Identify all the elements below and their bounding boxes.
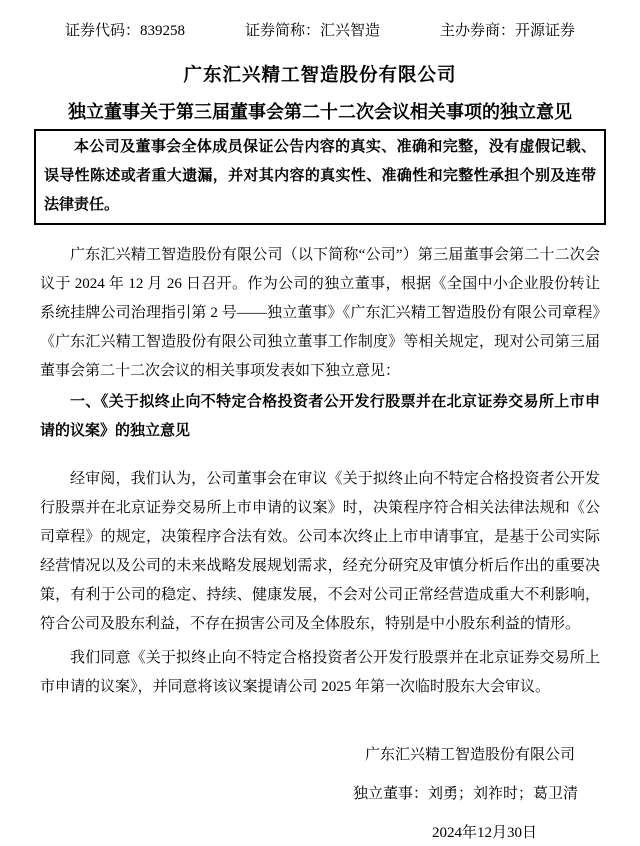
signature-company: 广东汇兴精工智造股份有限公司 [40,736,600,775]
intro-paragraph: 广东汇兴精工智造股份有限公司（以下简称“公司”）第三届董事会第二十二次会议于 2… [40,241,600,386]
stock-code: 证券代码：839258 [65,20,185,42]
stock-shortname-label: 证券简称： [245,23,320,39]
sponsor-broker: 主办券商：开源证券 [440,20,575,42]
stock-shortname: 证券简称：汇兴智造 [245,20,380,42]
stock-shortname-value: 汇兴智造 [320,23,380,39]
section-heading: 一、《关于拟终止向不特定合格投资者公开发行股票并在北京证券交易所上市申请的议案》… [40,388,600,446]
stock-code-label: 证券代码： [65,23,140,39]
securities-info-bar: 证券代码：839258 证券简称：汇兴智造 主办券商：开源证券 [40,20,600,42]
announcement-page: 证券代码：839258 证券简称：汇兴智造 主办券商：开源证券 广东汇兴精工智造… [0,0,640,846]
opinion-paragraph: 经审阅，我们认为，公司董事会在审议《关于拟终止向不特定合格投资者公开发行股票并在… [40,465,600,639]
signature-directors: 独立董事：刘勇；刘祚时；葛卫清 [40,775,600,814]
sponsor-broker-label: 主办券商： [440,23,515,39]
agreement-paragraph: 我们同意《关于拟终止向不特定合格投资者公开发行股票并在北京证券交易所上市申请的议… [40,644,600,702]
signature-date: 2024年12月30日 [40,814,600,846]
stock-code-value: 839258 [140,23,185,39]
sponsor-broker-value: 开源证券 [515,23,575,39]
signature-block: 广东汇兴精工智造股份有限公司 独立董事：刘勇；刘祚时；葛卫清 2024年12月3… [40,736,600,846]
document-title: 独立董事关于第三届董事会第二十二次会议相关事项的独立意见 [40,100,600,125]
disclaimer-text: 本公司及董事会全体成员保证公告内容的真实、准确和完整，没有虚假记载、误导性陈述或… [44,139,596,213]
company-title: 广东汇兴精工智造股份有限公司 [40,62,600,88]
disclaimer-box: 本公司及董事会全体成员保证公告内容的真实、准确和完整，没有虚假记载、误导性陈述或… [34,129,606,225]
